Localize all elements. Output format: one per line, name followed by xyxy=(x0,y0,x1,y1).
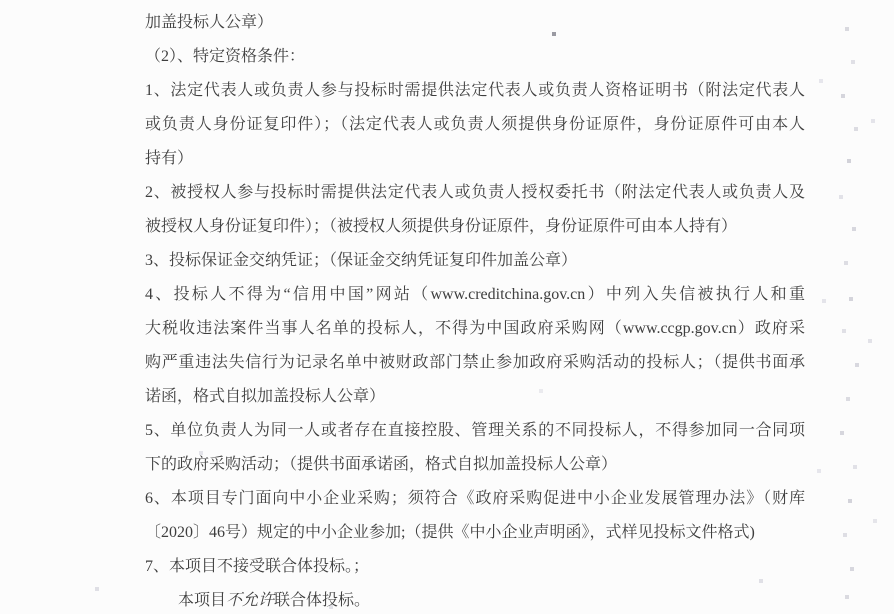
item-7-line-1: 7、本项目不接受联合体投标。； xyxy=(145,550,805,584)
item-4-line-4: 诺函，格式自拟加盖投标人公章） xyxy=(145,380,805,414)
closing-statement: 本项目不允许联合体投标。 xyxy=(145,584,805,614)
item-4-line-3: 购严重违法失信行为记录名单中被财政部门禁止参加政府采购活动的投标人；（提供书面承 xyxy=(145,346,805,380)
document-text-column: 加盖投标人公章） （2）、特定资格条件： 1、法定代表人或负责人参与投标时需提供… xyxy=(145,6,805,614)
document-page: 加盖投标人公章） （2）、特定资格条件： 1、法定代表人或负责人参与投标时需提供… xyxy=(0,0,894,614)
scan-noise xyxy=(0,0,2,2)
line-continuation-stamp: 加盖投标人公章） xyxy=(145,6,805,40)
item-6-line-1: 6、本项目专门面向中小企业采购；须符合《政府采购促进中小企业发展管理办法》（财库 xyxy=(145,482,805,516)
item-4-line-1: 4、投标人不得为“信用中国”网站（www.creditchina.gov.cn）… xyxy=(145,278,805,312)
item-4-line-2: 大税收违法案件当事人名单的投标人，不得为中国政府采购网（www.ccgp.gov… xyxy=(145,312,805,346)
item-2-line-2: 被授权人身份证复印件）；（被授权人须提供身份证原件，身份证原件可由本人持有） xyxy=(145,210,805,244)
item-6-line-2: 〔2020〕46号）规定的中小企业参加;（提供《中小企业声明函》，式样见投标文件… xyxy=(145,516,805,550)
closing-statement-suffix: 联合体投标。 xyxy=(274,592,370,609)
item-1-line-2: 或负责人身份证复印件）；（法定代表人或负责人须提供身份证原件，身份证原件可由本人 xyxy=(145,108,805,142)
item-2-line-1: 2、被授权人参与投标时需提供法定代表人或负责人授权委托书（附法定代表人或负责人及 xyxy=(145,176,805,210)
item-1-line-3: 持有） xyxy=(145,142,805,176)
item-3-line-1: 3、投标保证金交纳凭证；（保证金交纳凭证复印件加盖公章） xyxy=(145,244,805,278)
section-heading: （2）、特定资格条件： xyxy=(145,40,805,74)
item-5-line-2: 下的政府采购活动；（提供书面承诺函，格式自拟加盖投标人公章） xyxy=(145,448,805,482)
item-1-line-1: 1、法定代表人或负责人参与投标时需提供法定代表人或负责人资格证明书（附法定代表人 xyxy=(145,74,805,108)
closing-statement-prefix: 本项目 xyxy=(178,592,226,609)
item-5-line-1: 5、单位负责人为同一人或者存在直接控股、管理关系的不同投标人，不得参加同一合同项 xyxy=(145,414,805,448)
closing-statement-emphasis: 不允许 xyxy=(226,592,274,609)
